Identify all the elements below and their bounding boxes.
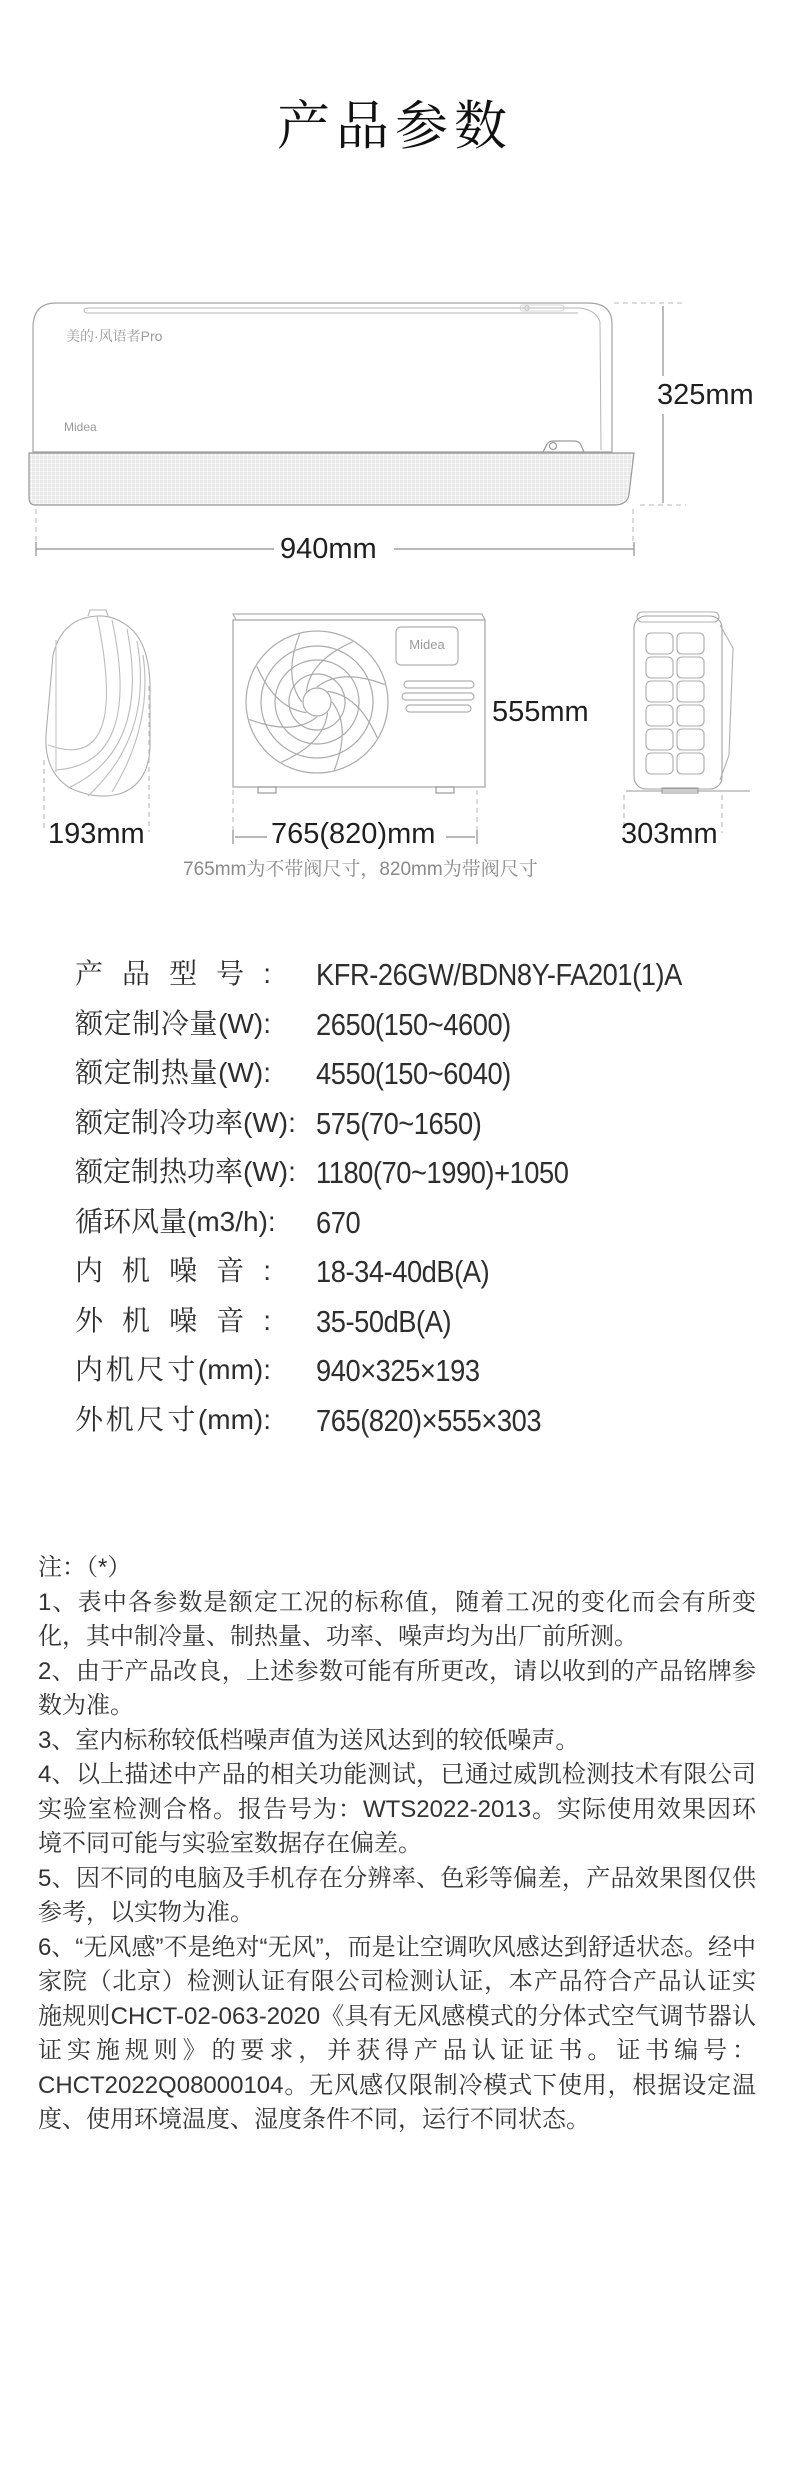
spec-row-indoor-noise: 内机噪音: 18-34-40dB(A)	[75, 1254, 775, 1304]
outdoor-width-note: 765mm为不带阀尺寸，820mm为带阀尺寸	[183, 854, 538, 881]
indoor-height-label: 325mm	[657, 379, 754, 412]
spec-value: 35-50dB(A)	[316, 1305, 451, 1339]
spec-label: 额定制冷量(W):	[75, 1007, 271, 1041]
spec-label: 内机尺寸(mm):	[75, 1353, 271, 1387]
midea-logo: Midea	[64, 420, 97, 434]
spec-label: 额定制冷功率(W):	[75, 1106, 271, 1140]
note-item-3: 3、室内标称较低档噪声值为送风达到的较低噪声。	[38, 1724, 756, 1759]
spec-label: 外机噪音:	[75, 1304, 271, 1338]
indoor-brand-logo: 美的·风语者Pro	[66, 326, 162, 346]
side-vent-grid	[646, 633, 704, 774]
spec-row-outdoor-size: 外机尺寸(mm): 765(820)×555×303	[75, 1403, 775, 1453]
spec-row-cooling-power: 额定制冷功率(W): 575(70~1650)	[75, 1106, 775, 1156]
fan-grille	[246, 631, 388, 773]
product-spec-page: 产品参数	[0, 0, 790, 2484]
notes-section: 注：（*） 1、表中各参数是额定工况的标称值，随着工况的变化而会有所变化，其中制…	[38, 1551, 756, 2138]
spec-row-air-volume: 循环风量(m3/h): 670	[75, 1205, 775, 1255]
note-item-2: 2、由于产品改良，上述参数可能有所更改，请以收到的产品铭牌参数为准。	[38, 1655, 756, 1724]
spec-row-heating-power: 额定制热功率(W): 1180(70~1990)+1050	[75, 1155, 775, 1205]
indoor-unit-grille	[29, 453, 634, 505]
spec-value: 2650(150~4600)	[316, 1008, 511, 1042]
spec-row-cooling-capacity: 额定制冷量(W): 2650(150~4600)	[75, 1007, 775, 1057]
indoor-width-label: 940mm	[280, 533, 377, 566]
product-diagrams	[0, 0, 790, 900]
indoor-unit-side	[44, 610, 150, 832]
spec-value: KFR-26GW/BDN8Y-FA201(1)A	[316, 958, 682, 992]
spec-label: 额定制热量(W):	[75, 1056, 271, 1090]
spec-table: 产品型号: KFR-26GW/BDN8Y-FA201(1)A 额定制冷量(W):…	[75, 957, 775, 1452]
spec-value: 1180(70~1990)+1050	[316, 1156, 569, 1190]
spec-row-indoor-size: 内机尺寸(mm): 940×325×193	[75, 1353, 775, 1403]
spec-label: 循环风量(m3/h):	[75, 1205, 271, 1239]
spec-value: 575(70~1650)	[316, 1107, 481, 1141]
spec-label: 额定制热功率(W):	[75, 1155, 271, 1189]
note-item-5: 5、因不同的电脑及手机存在分辨率、色彩等偏差，产品效果图仅供参考，以实物为准。	[38, 1862, 756, 1931]
spec-row-model: 产品型号: KFR-26GW/BDN8Y-FA201(1)A	[75, 957, 775, 1007]
outdoor-width-label: 765(820)mm	[271, 818, 435, 851]
spec-row-heating-capacity: 额定制热量(W): 4550(150~6040)	[75, 1056, 775, 1106]
notes-heading: 注：（*）	[38, 1551, 756, 1586]
spec-label: 内机噪音:	[75, 1254, 271, 1288]
note-item-1: 1、表中各参数是额定工况的标称值，随着工况的变化而会有所变化，其中制冷量、制热量…	[38, 1586, 756, 1655]
spec-value: 940×325×193	[316, 1354, 480, 1388]
spec-label: 外机尺寸(mm):	[75, 1403, 271, 1437]
outdoor-depth-label: 303mm	[621, 818, 718, 851]
spec-row-outdoor-noise: 外机噪音: 35-50dB(A)	[75, 1304, 775, 1354]
indoor-depth-label: 193mm	[48, 818, 145, 851]
outdoor-unit-side	[624, 612, 750, 833]
note-item-4: 4、以上描述中产品的相关功能测试，已通过威凯检测技术有限公司实验室检测合格。报告…	[38, 1758, 756, 1862]
spec-value: 670	[316, 1206, 360, 1240]
spec-value: 765(820)×555×303	[316, 1404, 541, 1438]
spec-label: 产品型号:	[75, 957, 271, 991]
outdoor-midea-logo: Midea	[396, 637, 458, 652]
note-item-6: 6、“无风感”不是绝对“无风”，而是让空调吹风感达到舒适状态。经中家院（北京）检…	[38, 1931, 756, 2138]
spec-value: 4550(150~6040)	[316, 1057, 511, 1091]
spec-value: 18-34-40dB(A)	[316, 1255, 489, 1289]
outdoor-height-label: 555mm	[492, 696, 589, 729]
